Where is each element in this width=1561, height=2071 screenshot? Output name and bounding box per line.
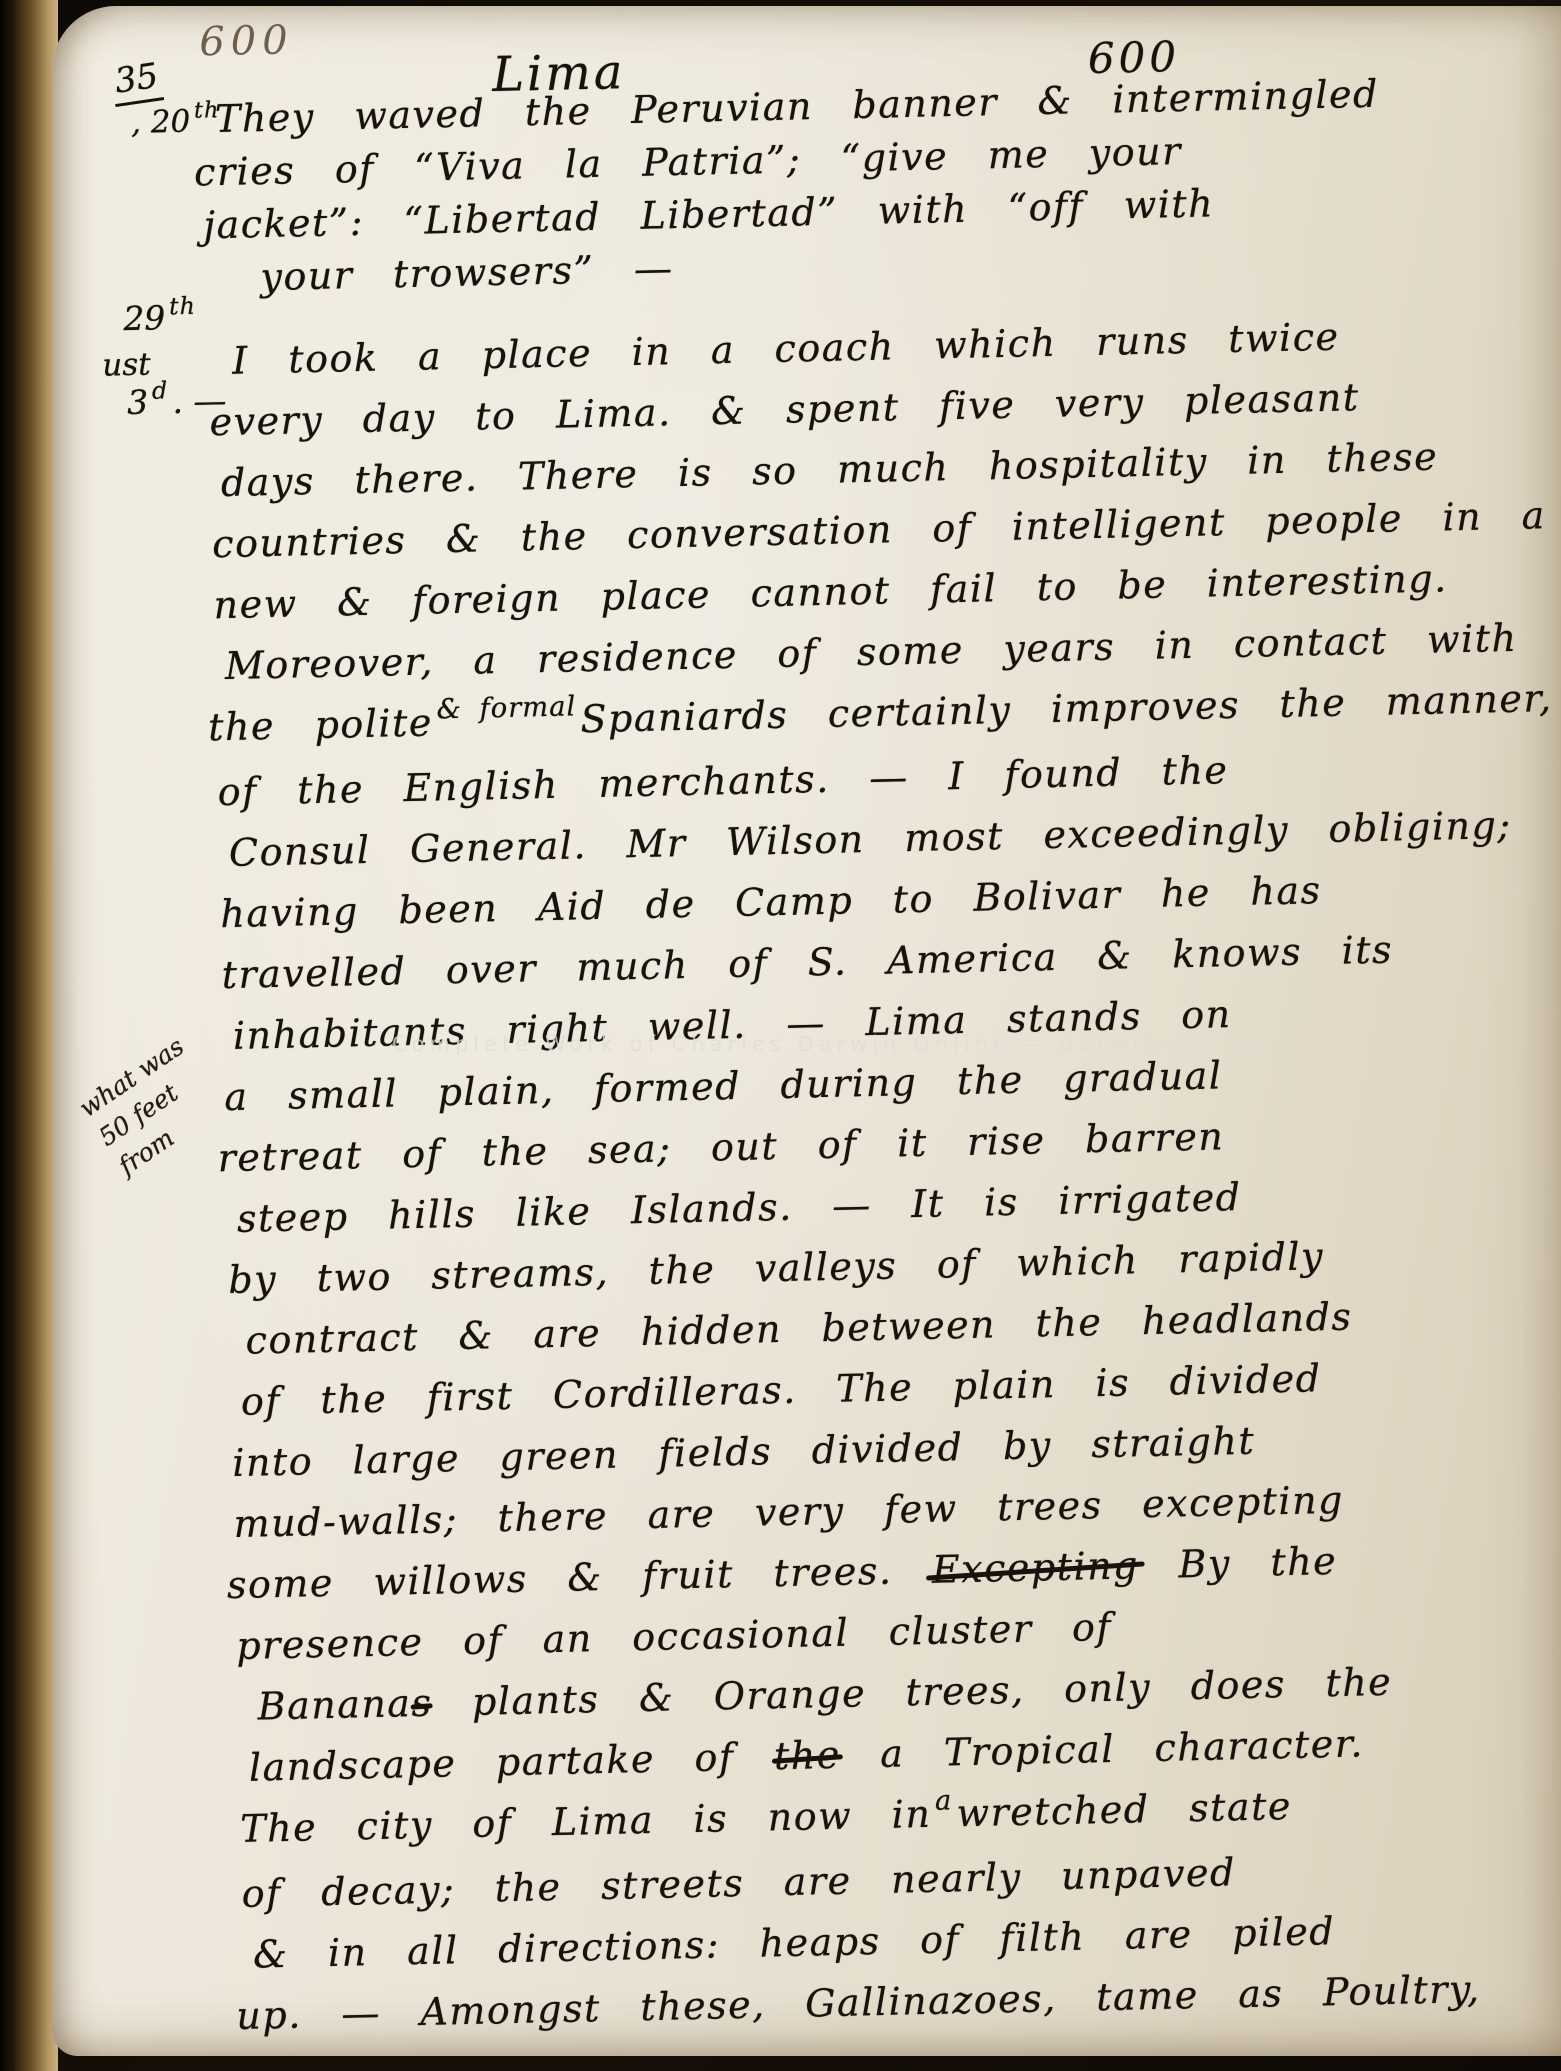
- book-binding-edge: [0, 0, 58, 2071]
- struck-word: s: [411, 1681, 433, 1725]
- page-number-left: 35: [109, 55, 164, 107]
- manuscript-page: 600 35 Lima 600 , 20th29thust3d. —what w…: [52, 6, 1561, 2056]
- inserted-word: & formal: [436, 676, 577, 740]
- paragraph: They waved the Peruvian banner & intermi…: [192, 64, 1545, 305]
- margin-note-day-29: 29th: [123, 297, 201, 338]
- pencil-folio-number: 600: [199, 17, 294, 65]
- photo-frame: 600 35 Lima 600 , 20th29thust3d. —what w…: [0, 0, 1561, 2071]
- text-lines: They waved the Peruvian banner & intermi…: [192, 64, 1561, 2047]
- page-tilt-wrapper: 600 35 Lima 600 , 20th29thust3d. —what w…: [49, 0, 1561, 2058]
- inserted-word: a: [934, 1770, 953, 1831]
- paragraph: I took a place in a coach which runs twi…: [198, 302, 1561, 2047]
- inserted-word: d: [152, 376, 169, 404]
- struck-word: the: [773, 1733, 841, 1778]
- margin-notes-host: , 20th29thust3d. —what was 50 feet from: [49, 0, 1558, 9]
- inserted-word: th: [169, 292, 196, 321]
- struck-word: Excepting: [931, 1543, 1139, 1592]
- margin-note-month-ust: ust: [102, 347, 151, 384]
